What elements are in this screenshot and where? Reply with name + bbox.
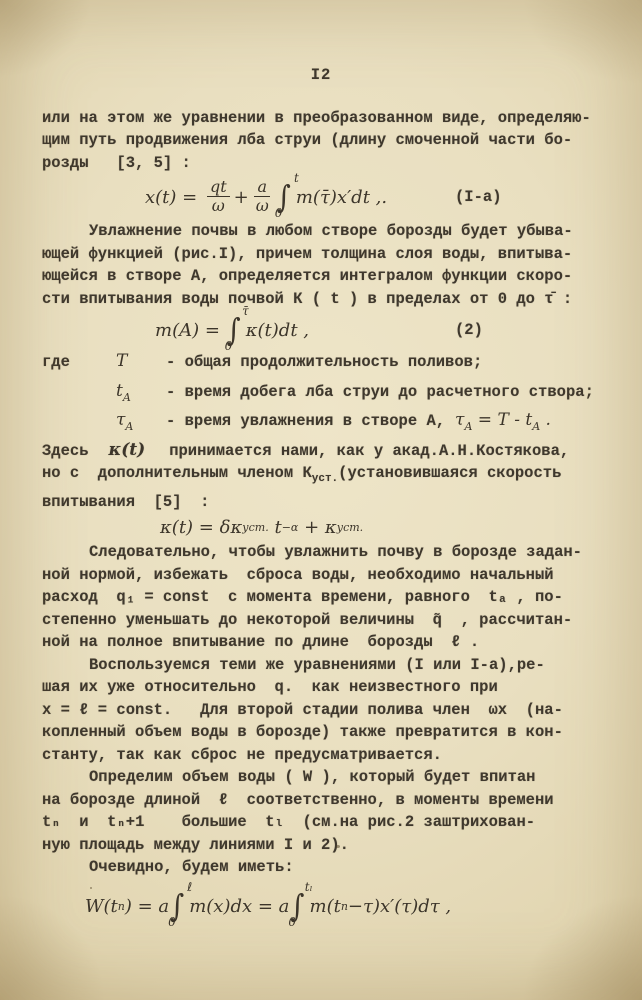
subscript-ust: уст. bbox=[242, 521, 268, 534]
text-line: Определим объем воды ( W ), который буде… bbox=[42, 766, 600, 789]
paragraph-volume: Определим объем воды ( W ), который буде… bbox=[42, 766, 600, 856]
text-line: розды [3, 5] : bbox=[42, 152, 600, 175]
inline-equation: τA = T - tA . bbox=[455, 409, 551, 439]
text-line: щим путь продвижения лба струи (длину см… bbox=[42, 129, 600, 152]
subscript-ust: уст. bbox=[337, 521, 363, 534]
inline-equation: κ(t) bbox=[109, 440, 146, 460]
text-line: Следовательно, чтобы увлажнить почву в б… bbox=[42, 541, 600, 564]
text-line: ющей функцией (рис.I), причем толщина сл… bbox=[42, 243, 600, 266]
equation-body: m(τ̄)x′dt ,. bbox=[296, 187, 387, 208]
text-line: Увлажнение почвы в любом створе борозды … bbox=[42, 220, 600, 243]
integral-lower-limit: 0 bbox=[168, 915, 176, 929]
integral-icon: ∫ τ̄ 0 bbox=[227, 317, 241, 344]
equation-lhs: x(t) = bbox=[145, 187, 203, 208]
where-definitions: где T - общая продолжительность поливов;… bbox=[42, 350, 600, 439]
paper-speck bbox=[90, 887, 92, 889]
paragraph-intro: или на этом же уравнении в преобразованн… bbox=[42, 107, 600, 175]
symbol-T: T bbox=[116, 350, 166, 380]
definition-text: - общая продолжительность поливов; bbox=[166, 351, 482, 374]
paragraph-use-equations: Воспользуемся теми же уравнениями (I или… bbox=[42, 654, 600, 767]
text-line: ной нормой, избежать сброса воды, необхо… bbox=[42, 564, 600, 587]
exponent: −α bbox=[282, 521, 299, 534]
equation-1a: x(t) = qt ω + a ω ∫ t 0 m(τ̄)x′dt ,. (I-… bbox=[42, 174, 600, 220]
equation-label: (2) bbox=[455, 319, 483, 342]
scanned-document-page: I2 или на этом же уравнении в преобразов… bbox=[0, 0, 642, 1000]
page-number: I2 bbox=[42, 64, 600, 87]
text-line: или на этом же уравнении в преобразованн… bbox=[42, 107, 600, 130]
text-line: Воспользуемся теми же уравнениями (I или… bbox=[42, 654, 600, 677]
definition-text: - время добега лба струи до расчетного с… bbox=[166, 381, 594, 404]
text-line: впитывания [5] : bbox=[42, 491, 600, 514]
equation-part: + κ bbox=[298, 517, 336, 538]
integral-lower-limit: 0 bbox=[225, 339, 233, 353]
paragraph-moistening: Увлажнение почвы в любом створе борозды … bbox=[42, 220, 600, 310]
text-line: степенно уменьшать до некоторой величины… bbox=[42, 609, 600, 632]
equation-part: W(t bbox=[85, 896, 118, 917]
where-label: где bbox=[42, 351, 116, 374]
text-line: сти впитывания воды почвой К ( t ) в пре… bbox=[42, 288, 600, 311]
text-line: x = ℓ = const. Для второй стадии полива … bbox=[42, 699, 600, 722]
subscript-n: n bbox=[118, 900, 125, 913]
equation-part: κ(t) = δκ bbox=[160, 517, 242, 538]
equation-label: (I-a) bbox=[455, 186, 502, 209]
integral-lower-limit: 0 bbox=[275, 206, 283, 220]
definition-row: где T - общая продолжительность поливов; bbox=[42, 350, 600, 380]
subscript-n: n bbox=[341, 900, 348, 913]
text-line: шая их уже относительно q. как неизвестн… bbox=[42, 676, 600, 699]
integral-icon: ∫ tₗ 0 bbox=[290, 893, 304, 920]
equation-body: κ(t)dt , bbox=[246, 320, 309, 341]
text-line: расход q₁ = const с момента времени, рав… bbox=[42, 586, 600, 609]
fraction: a ω bbox=[253, 179, 272, 214]
equation-part: t bbox=[269, 517, 282, 538]
fraction: qt ω bbox=[207, 179, 230, 214]
page-content: I2 или на этом же уравнении в преобразов… bbox=[42, 64, 600, 933]
symbol-tA: tA bbox=[116, 380, 166, 410]
text-line: ную площадь между линиями I и 2). bbox=[42, 834, 600, 857]
text-line: но с дополнительным членом Куст.(установ… bbox=[42, 462, 600, 491]
fraction-numerator: a bbox=[254, 179, 270, 197]
paper-speck bbox=[336, 845, 340, 848]
equation-k: κ(t) = δκ уст. t −α + κ уст. bbox=[42, 513, 600, 541]
integral-upper-limit: ℓ bbox=[187, 880, 192, 894]
text-line: tₙ и tₙ+1 большие tₗ (см.на рис.2 заштри… bbox=[42, 811, 600, 834]
paragraph-consequently: Следовательно, чтобы увлажнить почву в б… bbox=[42, 541, 600, 654]
definition-row: τA - время увлажнения в створе А, τA = T… bbox=[42, 409, 600, 439]
subscript-ust: уст. bbox=[312, 473, 338, 485]
integral-upper-limit: tₗ bbox=[305, 880, 313, 894]
paper-speck bbox=[478, 120, 480, 122]
text-line: ющейся в створе А, определяется интеграл… bbox=[42, 265, 600, 288]
equation-w: W(t n ) = a ∫ ℓ 0 m(x)dx = a ∫ tₗ 0 m(t … bbox=[42, 881, 600, 933]
text-line: ной на полное впитывание по длине борозд… bbox=[42, 631, 600, 654]
text-line: копленный объем воды в борозде) также пр… bbox=[42, 721, 600, 744]
definition-row: tA - время добега лба струи до расчетног… bbox=[42, 380, 600, 410]
integral-upper-limit: t bbox=[294, 171, 299, 185]
text-line: станту, так как сброс не предусматривает… bbox=[42, 744, 600, 767]
integral-icon: ∫ t 0 bbox=[277, 184, 291, 211]
plus-operator: + bbox=[234, 187, 249, 208]
equation-part: ) = a bbox=[125, 896, 169, 917]
integral-upper-limit: τ̄ bbox=[242, 304, 249, 318]
fraction-denominator: ω bbox=[253, 197, 272, 215]
symbol-tauA: τA bbox=[116, 409, 166, 439]
paragraph-kostyakov: Здесьκ(t)принимается нами, как у акад.А.… bbox=[42, 439, 600, 514]
equation-lhs: m(A) = bbox=[155, 320, 226, 341]
paragraph-obviously: Очевидно, будем иметь: bbox=[42, 856, 600, 879]
equation-part: m(x)dx = a bbox=[189, 896, 289, 917]
integral-lower-limit: 0 bbox=[288, 915, 296, 929]
fraction-denominator: ω bbox=[209, 197, 228, 215]
equation-2: m(A) = ∫ τ̄ 0 κ(t)dt , (2) bbox=[42, 310, 600, 350]
equation-part: m(t bbox=[310, 896, 341, 917]
equation-part: −τ)x′(τ)dτ , bbox=[348, 896, 451, 917]
integral-icon: ∫ ℓ 0 bbox=[170, 893, 184, 920]
text-line: на борозде длиной ℓ соответственно, в мо… bbox=[42, 789, 600, 812]
fraction-numerator: qt bbox=[207, 179, 230, 197]
text-line: Здесьκ(t)принимается нами, как у акад.А.… bbox=[42, 439, 600, 463]
definition-text: - время увлажнения в створе А, bbox=[166, 410, 445, 433]
